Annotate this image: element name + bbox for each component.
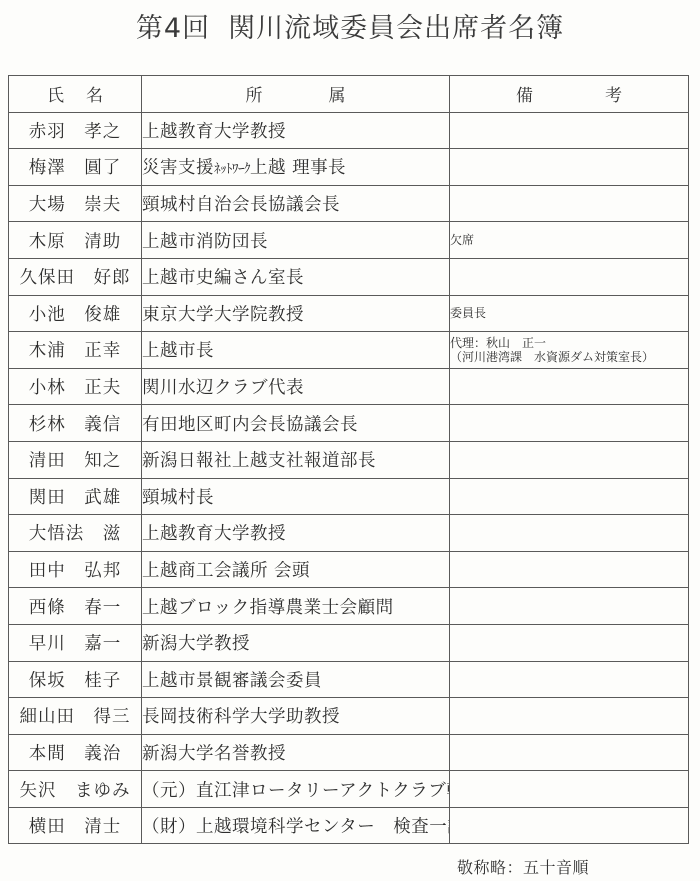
attendee-name: 早川 嘉一	[9, 624, 142, 661]
table-row: 本間 義治新潟大学名誉教授	[9, 734, 689, 771]
attendee-affiliation: 災害支援ﾈｯﾄﾜｰｸ上越 理事長	[142, 149, 450, 186]
attendee-affiliation: 上越ブロック指導農業士会顧問	[142, 588, 450, 625]
attendee-affiliation: （財）上越環境科学センター 検査一課長	[142, 807, 450, 844]
table-row: 西條 春一上越ブロック指導農業士会顧問	[9, 588, 689, 625]
attendee-affiliation: 頸城村長	[142, 478, 450, 515]
attendee-affiliation: 上越商工会議所 会頭	[142, 551, 450, 588]
attendee-name: 梅澤 圓了	[9, 149, 142, 186]
attendee-remarks: 欠席	[450, 222, 689, 259]
attendee-remarks	[450, 698, 689, 735]
attendee-name: 横田 清士	[9, 807, 142, 844]
table-row: 矢沢 まゆみ（元）直江津ロータリーアクトクラブ幹事	[9, 771, 689, 808]
attendee-remarks	[450, 771, 689, 808]
table-row: 赤羽 孝之上越教育大学教授	[9, 112, 689, 149]
table-row: 杉林 義信有田地区町内会長協議会長	[9, 405, 689, 442]
attendee-affiliation: 東京大学大学院教授	[142, 295, 450, 332]
attendee-remarks	[450, 441, 689, 478]
attendee-name: 木浦 正幸	[9, 332, 142, 369]
table-row: 梅澤 圓了災害支援ﾈｯﾄﾜｰｸ上越 理事長	[9, 149, 689, 186]
table-row: 木浦 正幸上越市長代理：秋山 正一（河川港湾課 水資源ダム対策室長）	[9, 332, 689, 369]
attendee-affiliation: 上越市消防団長	[142, 222, 450, 259]
attendee-name: 本間 義治	[9, 734, 142, 771]
table-body: 赤羽 孝之上越教育大学教授梅澤 圓了災害支援ﾈｯﾄﾜｰｸ上越 理事長大場 崇夫頸…	[9, 112, 689, 844]
attendee-remarks	[450, 588, 689, 625]
attendee-name: 田中 弘邦	[9, 551, 142, 588]
attendee-name: 大場 崇夫	[9, 185, 142, 222]
attendee-name: 小池 俊雄	[9, 295, 142, 332]
table-row: 小林 正夫関川水辺クラブ代表	[9, 368, 689, 405]
attendee-affiliation: 上越市史編さん室長	[142, 258, 450, 295]
attendee-name: 赤羽 孝之	[9, 112, 142, 149]
attendee-affiliation: 頸城村自治会長協議会長	[142, 185, 450, 222]
attendee-name: 関田 武雄	[9, 478, 142, 515]
attendee-remarks	[450, 185, 689, 222]
attendee-name: 久保田 好郎	[9, 258, 142, 295]
attendee-affiliation: 新潟大学名誉教授	[142, 734, 450, 771]
title-number: 第4回	[136, 13, 210, 44]
attendee-name: 保坂 桂子	[9, 661, 142, 698]
attendee-name: 西條 春一	[9, 588, 142, 625]
attendee-remarks	[450, 368, 689, 405]
table-row: 大場 崇夫頸城村自治会長協議会長	[9, 185, 689, 222]
attendee-remarks	[450, 515, 689, 552]
attendee-affiliation: （元）直江津ロータリーアクトクラブ幹事	[142, 771, 450, 808]
attendee-affiliation: 長岡技術科学大学助教授	[142, 698, 450, 735]
table-row: 細山田 得三長岡技術科学大学助教授	[9, 698, 689, 735]
table-row: 清田 知之新潟日報社上越支社報道部長	[9, 441, 689, 478]
table-row: 関田 武雄頸城村長	[9, 478, 689, 515]
attendee-affiliation: 新潟大学教授	[142, 624, 450, 661]
attendee-remarks	[450, 112, 689, 149]
document-title: 第4回関川流域委員会出席者名簿	[0, 6, 700, 45]
table-row: 横田 清士（財）上越環境科学センター 検査一課長	[9, 807, 689, 844]
attendee-remarks	[450, 551, 689, 588]
table-row: 大悟法 滋上越教育大学教授	[9, 515, 689, 552]
attendee-remarks	[450, 149, 689, 186]
header-affiliation: 所属	[142, 76, 450, 113]
attendee-remarks	[450, 405, 689, 442]
attendee-remarks: 代理：秋山 正一（河川港湾課 水資源ダム対策室長）	[450, 332, 689, 369]
attendee-affiliation: 関川水辺クラブ代表	[142, 368, 450, 405]
table-header-row: 氏名 所属 備考	[9, 76, 689, 113]
table-row: 保坂 桂子上越市景観審議会委員	[9, 661, 689, 698]
attendee-remarks	[450, 807, 689, 844]
table-row: 早川 嘉一新潟大学教授	[9, 624, 689, 661]
attendee-name: 大悟法 滋	[9, 515, 142, 552]
attendee-remarks	[450, 478, 689, 515]
attendee-name: 清田 知之	[9, 441, 142, 478]
attendee-table: 氏名 所属 備考 赤羽 孝之上越教育大学教授梅澤 圓了災害支援ﾈｯﾄﾜｰｸ上越 …	[8, 75, 689, 844]
attendee-remarks	[450, 624, 689, 661]
attendee-remarks	[450, 661, 689, 698]
title-text: 関川流域委員会出席者名簿	[228, 13, 564, 44]
attendee-name: 細山田 得三	[9, 698, 142, 735]
table-row: 小池 俊雄東京大学大学院教授委員長	[9, 295, 689, 332]
attendee-affiliation: 上越教育大学教授	[142, 515, 450, 552]
attendee-affiliation: 新潟日報社上越支社報道部長	[142, 441, 450, 478]
table-row: 木原 清助上越市消防団長欠席	[9, 222, 689, 259]
attendee-remarks	[450, 734, 689, 771]
table-row: 久保田 好郎上越市史編さん室長	[9, 258, 689, 295]
header-name: 氏名	[9, 76, 142, 113]
attendee-name: 杉林 義信	[9, 405, 142, 442]
attendee-remarks	[450, 258, 689, 295]
table-row: 田中 弘邦上越商工会議所 会頭	[9, 551, 689, 588]
attendee-affiliation: 上越市長	[142, 332, 450, 369]
attendee-affiliation: 有田地区町内会長協議会長	[142, 405, 450, 442]
attendee-name: 矢沢 まゆみ	[9, 771, 142, 808]
attendee-affiliation: 上越市景観審議会委員	[142, 661, 450, 698]
attendee-remarks: 委員長	[450, 295, 689, 332]
attendee-name: 木原 清助	[9, 222, 142, 259]
attendee-name: 小林 正夫	[9, 368, 142, 405]
footnote: 敬称略：五十音順	[457, 855, 589, 878]
header-remarks: 備考	[450, 76, 689, 113]
attendee-affiliation: 上越教育大学教授	[142, 112, 450, 149]
